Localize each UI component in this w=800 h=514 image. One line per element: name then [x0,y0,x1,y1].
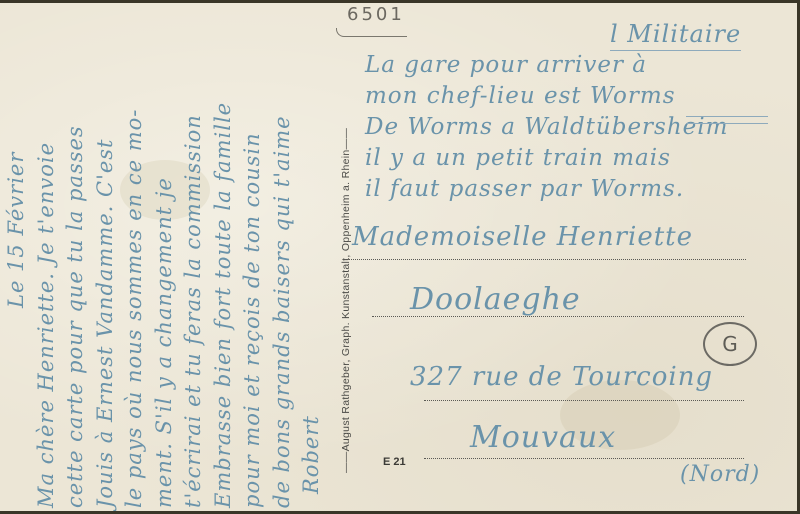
address-dotted-line [424,458,744,459]
message-line: La gare pour arriver à [365,50,728,81]
address-dotted-line [424,400,744,401]
message-line: pour moi et reçois de ton cousin [238,8,268,508]
message-line: Ma chère Henriette. Je t'envoie [32,8,62,508]
message-line: le pays où nous sommes en ce mo- [120,8,150,508]
address-dotted-line [346,259,746,260]
category-note: l Militaire [610,20,741,51]
message-line: cette carte pour que tu la passes [61,8,91,508]
message-date: Le 15 Février [2,8,32,508]
catalog-number: 6501 [347,4,405,25]
message-right: La gare pour arriver à mon chef-lieu est… [365,50,728,205]
message-line: de bons grands baisers qui t'aime [268,8,298,508]
message-line: t'écrirai et tu feras la commission [179,8,209,508]
scan-border-top [0,0,800,3]
catalog-underline [336,28,407,37]
message-signature: Robert [297,8,327,508]
message-line: il faut passer par Worms. [365,174,728,205]
postcard-back: 6501 l Militaire La gare pour arriver à … [0,0,797,511]
address-department: (Nord) [680,462,760,487]
circled-mark: G [703,322,757,366]
series-code: E 21 [383,456,406,468]
worms-underline [686,116,768,124]
printer-imprint: ——August Rathgeber, Graph. Kunstanstalt,… [340,43,352,473]
address-recipient: Mademoiselle Henriette [352,222,693,252]
message-line: Jouis à Ernest Vandamme. C'est [91,8,121,508]
message-line: il y a un petit train mais [365,143,728,174]
message-line: mon chef-lieu est Worms [365,81,728,112]
address-city: Mouvaux [470,420,616,455]
address-surname: Doolaeghe [410,282,581,317]
address-street: 327 rue de Tourcoing [410,362,713,392]
message-line: ment. S'il y a changement je [150,8,180,508]
circled-mark-letter: G [722,332,738,356]
message-line: Embrasse bien fort toute la famille [209,8,239,508]
message-left: Le 15 Février Ma chère Henriette. Je t'e… [2,8,327,508]
message-line: De Worms a Waldtübersheim [365,112,728,143]
